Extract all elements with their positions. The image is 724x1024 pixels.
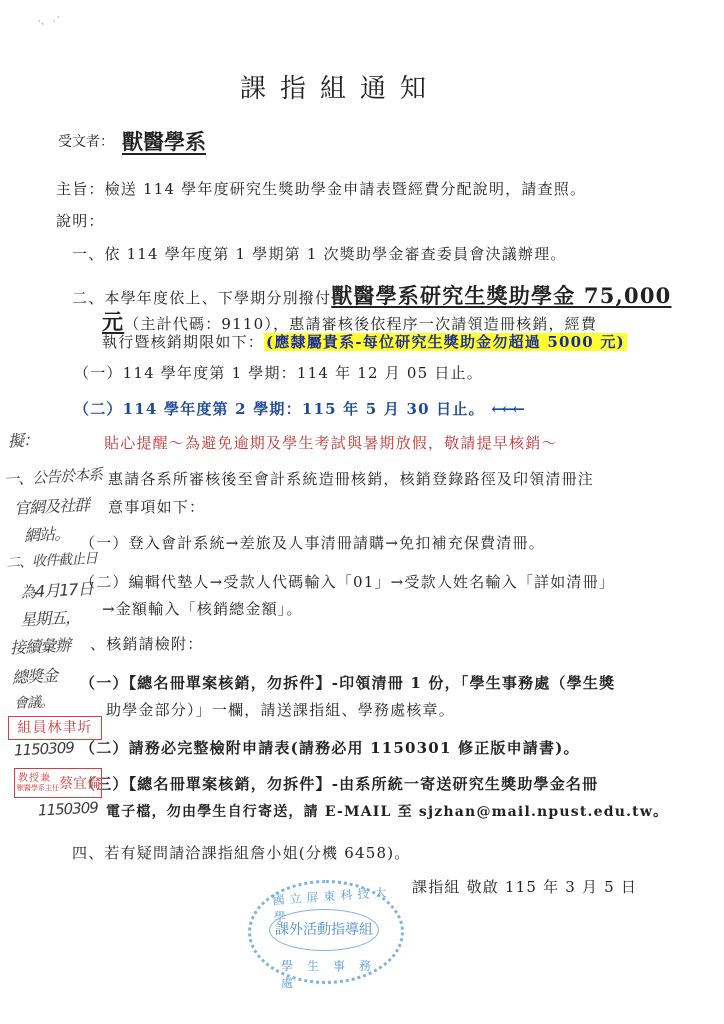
item-2-line-3-prefix: 執行暨核銷期限如下： <box>102 333 264 351</box>
scholarship-amount: 獸醫學系研究生獎助學金 75,000 <box>331 283 671 308</box>
explanation-label: 說明： <box>56 210 105 231</box>
attach-sub-1-text: （一）【總名冊單案核銷，勿拆件】-印領清冊 1 份，「學生事務處（學生獎 <box>80 674 615 692</box>
recipient: 獸醫學系 <box>122 126 206 156</box>
deadline-semester-2-text: （二）114 學年度第 2 學期：115 年 5 月 30 日止。 <box>74 400 485 418</box>
subject-label: 主旨： <box>56 180 105 198</box>
subject-text: 檢送 114 學年度研究生獎助學金申請表暨經費分配說明，請查照。 <box>105 180 587 198</box>
clerk-stamp-text: 組員林聿圻 <box>18 720 93 736</box>
handwriting-line: 官網及社群 <box>13 492 89 519</box>
deadline-semester-1: （一）114 學年度第 1 學期：114 年 12 月 05 日止。 <box>74 362 483 383</box>
handwriting-line: 一、公告於本系 <box>4 463 103 489</box>
clerk-stamp: 組員林聿圻 <box>8 716 102 740</box>
attach-heading: 、核銷請檢附： <box>90 633 203 654</box>
attach-sub-2: （二）請務必完整檢附申請表(請務必用 1150301 修正版申請書)。 <box>80 737 580 758</box>
page-title: 課指組通知 <box>240 68 440 105</box>
recipient-label: 受文者： <box>58 131 114 151</box>
highlight-note: (應隸屬貴系-每位研究生獎助金勿超過 5000 元) <box>264 333 627 351</box>
attach-sub-1-line-1: （一）【總名冊單案核銷，勿拆件】-印領清冊 1 份，「學生事務處（學生獎 <box>80 672 615 693</box>
handwriting-line: 接續彙辦 <box>9 632 70 658</box>
seal-center-text: 課外活動指導組 <box>269 909 379 951</box>
item-3-sub-2-line-1: （二）編輯代墊人→受款人代碼輸入「01」→受款人姓名輸入「詳如清冊」 <box>80 571 615 592</box>
item-3-sub-2-line-2: →金額輸入「核銷總金額」。 <box>102 598 303 619</box>
director-stamp: 教授兼 獸醫學系主任 蔡宜倫 <box>14 768 102 798</box>
attach-sub-1-line-2: 助學金部分）」一欄，請送課指組、學務處核章。 <box>106 699 455 720</box>
item-1: 一、依 114 學年度第 1 學期第 1 次獎助學金審查委員會決議辦理。 <box>72 243 567 264</box>
item-4: 四、若有疑問請洽課指組詹小姐(分機 6458)。 <box>72 842 410 863</box>
signature: 課指組 敬啟 115 年 3 月 5 日 <box>412 876 637 897</box>
director-subtitle: 獸醫學系主任 <box>17 783 59 793</box>
item-3-sub-1: （一）登入會計系統→差旅及人事清冊請購→免扣補充保費清冊。 <box>80 532 545 553</box>
director-name: 蔡宜倫 <box>59 773 101 793</box>
deadline-semester-2: （二）114 學年度第 2 學期：115 年 5 月 30 日止。 ←←← <box>74 398 523 419</box>
handwriting-line: 網站。 <box>23 521 69 546</box>
subject-line: 主旨：檢送 114 學年度研究生獎助學金申請表暨經費分配說明，請查照。 <box>56 178 586 199</box>
item-2-prefix: 二、本學年度依上、下學期分別撥付 <box>72 289 331 307</box>
handwritten-date-1: 1150309 <box>14 738 75 759</box>
arrow-left-icon: ←←← <box>491 400 523 418</box>
attach-sub-3-line-1: （三）【總名冊單案核銷，勿拆件】-由系所統一寄送研究生獎助學金名冊 <box>80 773 598 794</box>
handwriting-line: 為4月17日 <box>19 576 93 603</box>
attach-sub-3-text: （三）【總名冊單案核銷，勿拆件】-由系所統一寄送研究生獎助學金名冊 <box>80 775 598 793</box>
official-seal: 國立屏東科技大學 課外活動指導組 學生事務處 <box>248 880 404 984</box>
reminder-text: 貼心提醒～為避免逾期及學生考試與暑期放假，敬請提早核銷～ <box>104 432 558 453</box>
item-3-line-1: 惠請各系所審核後至會計系統造冊核銷，核銷登錄路徑及印領清冊注 <box>108 468 594 489</box>
handwritten-date-2: 1150309 <box>38 798 99 819</box>
handwriting-line: 二、收件截止日 <box>6 548 98 573</box>
seal-bottom-text: 學生事務處 <box>281 957 401 991</box>
handwriting-line: 擬： <box>7 427 38 452</box>
item-2-line-3: 執行暨核銷期限如下：(應隸屬貴系-每位研究生獎助金勿超過 5000 元) <box>102 331 627 352</box>
item-3-line-2: 意事項如下： <box>108 496 205 517</box>
handwriting-line: 總獎金 <box>11 663 57 688</box>
corner-marks: ·、 ·ˊ <box>38 14 60 27</box>
handwriting-line: 會議。 <box>14 691 54 713</box>
attach-sub-3-line-2: 電子檔，勿由學生自行寄送，請 E-MAIL 至 sjzhan@mail.npus… <box>106 801 668 821</box>
handwriting-line: 星期五， <box>19 604 80 630</box>
director-title: 教授兼 <box>18 769 51 784</box>
